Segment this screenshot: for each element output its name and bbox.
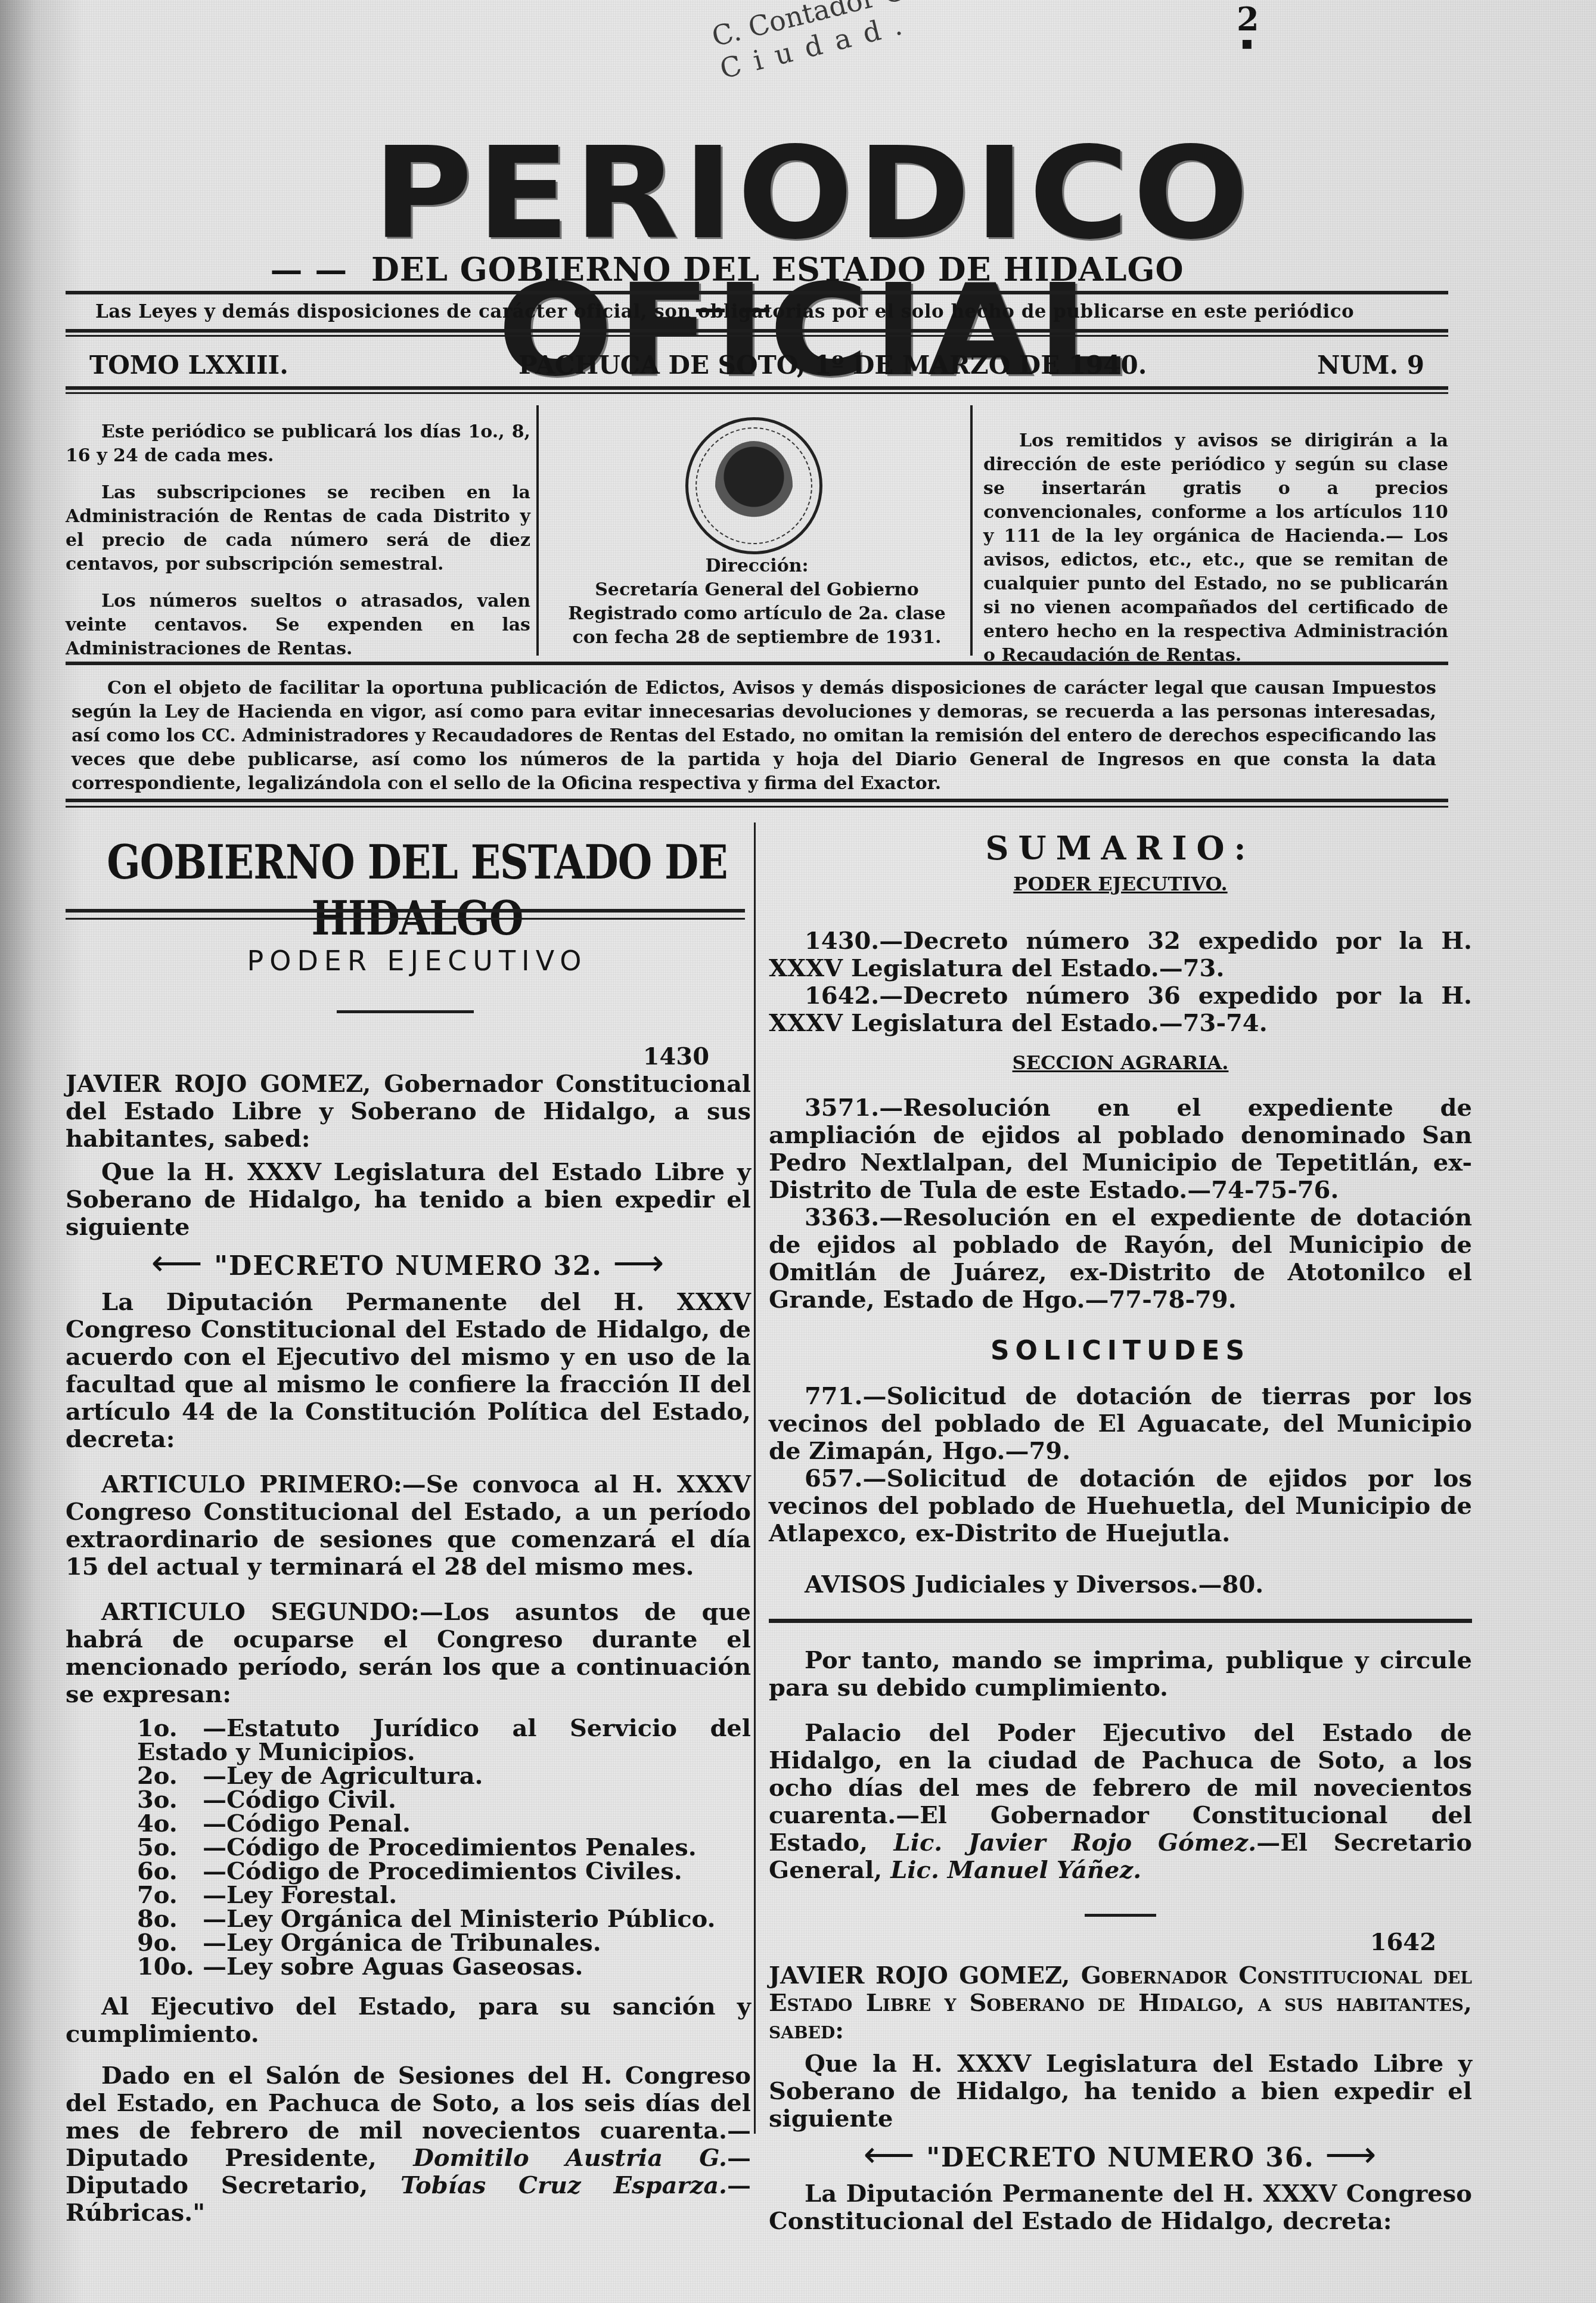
state-seal-icon <box>685 417 822 554</box>
document-number: 1642 <box>769 1929 1472 1956</box>
sumario-seccion-agraria: SECCION AGRARIA. <box>769 1049 1472 1076</box>
right-column-body: SUMARIO: PODER EJECUTIVO. 1430.—Decreto … <box>769 834 1472 2235</box>
section-poder-ejecutivo: PODER EJECUTIVO <box>89 945 745 977</box>
decree-title: "DECRETO NUMERO 32. <box>214 1251 603 1281</box>
right-arrow-ornament: ⟶ <box>1325 2134 1377 2175</box>
signature-governor: Lic. Javier Rojo Gómez. <box>894 1829 1257 1857</box>
left-arrow-ornament: ⟵ <box>864 2134 916 2175</box>
place-date: PACHUCA DE SOTO, 1º DE MARZO DE 1940. <box>518 350 1147 380</box>
governor-intro: JAVIER ROJO GOMEZ, Gobernador Constituci… <box>769 1962 1472 2044</box>
info-box-right: Los remitidos y avisos se dirigirán a la… <box>983 429 1448 668</box>
seal-ring <box>695 427 812 544</box>
issue-info-row: TOMO LXXIII. PACHUCA DE SOTO, 1º DE MARZ… <box>89 350 1430 386</box>
sumario-solicitudes: SOLICITUDES <box>769 1337 1472 1365</box>
column-divider <box>754 822 756 2134</box>
decree-preamble: La Diputación Permanente del H. XXXV Con… <box>66 1289 751 1453</box>
legal-notice: Las Leyes y demás disposiciones de carác… <box>95 301 1430 322</box>
page-number-mark: ▪ <box>1241 33 1253 54</box>
sumario-poder-ejecutivo: PODER EJECUTIVO. <box>769 870 1472 898</box>
left-column-body: 1430 JAVIER ROJO GOMEZ, Gobernador Const… <box>66 1043 751 2227</box>
recipient-stamp: C. Contador Gral. del Estado Ciudad. <box>709 0 1253 119</box>
right-arrow-ornament: ⟶ <box>613 1242 665 1284</box>
short-divider <box>337 1010 474 1013</box>
info-box-center: Dirección: Secretaría General del Gobier… <box>554 554 960 650</box>
direction-heading: Dirección: <box>554 554 960 578</box>
signature-block: Dado en el Salón de Sesiones del H. Cong… <box>66 2062 751 2227</box>
article-second: ARTICULO SEGUNDO:—Los asuntos de que hab… <box>66 1599 751 1708</box>
subtitle-text: DEL GOBIERNO DEL ESTADO DE HIDALGO <box>371 250 1184 288</box>
divider <box>769 1619 1472 1623</box>
direction-line-2: Registrado como artículo de 2a. clase <box>554 602 960 626</box>
gazette-page: C. Contador Gral. del Estado Ciudad. 2 ▪… <box>0 0 1596 2303</box>
decree-preamble: La Diputación Permanente del H. XXXV Con… <box>769 2180 1472 2235</box>
decree-heading: ⟵ "DECRETO NUMERO 32. ⟶ <box>66 1249 751 1280</box>
list-item: 4o.—Código Penal. <box>137 1812 751 1836</box>
left-arrow-ornament: ⟵ <box>151 1242 204 1284</box>
list-item: 1o.—Estatuto Jurídico al Servicio del Es… <box>137 1717 751 1764</box>
por-tanto: Por tanto, mando se imprima, publique y … <box>769 1647 1472 1702</box>
divider <box>66 806 1448 808</box>
divider <box>66 291 1448 294</box>
decree-title: "DECRETO NUMERO 36. <box>926 2143 1315 2173</box>
closing-sanction: Al Ejecutivo del Estado, para su sanción… <box>66 1993 751 2048</box>
decree-heading: ⟵ "DECRETO NUMERO 36. ⟶ <box>769 2141 1472 2172</box>
sumario-title: SUMARIO: <box>769 834 1472 862</box>
info-box-left: Este periódico se publicará los días 1o.… <box>66 420 530 661</box>
list-item: 9o.—Ley Orgánica de Tribunales. <box>137 1931 751 1955</box>
sumario-item: 657.—Solicitud de dotación de ejidos por… <box>769 1465 1472 1547</box>
list-item: 5o.—Código de Procedimientos Penales. <box>137 1836 751 1860</box>
edicts-notice: Con el objeto de facilitar la oportuna p… <box>72 676 1436 796</box>
sumario-item: 1642.—Decreto número 36 expedido por la … <box>769 982 1472 1037</box>
column-divider <box>536 405 539 656</box>
divider <box>66 335 1448 337</box>
legislature-intro: Que la H. XXXV Legislatura del Estado Li… <box>66 1159 751 1241</box>
agenda-list: 1o.—Estatuto Jurídico al Servicio del Es… <box>66 1717 751 1979</box>
list-item: 8o.—Ley Orgánica del Ministerio Público. <box>137 1907 751 1931</box>
publication-days: Este periódico se publicará los días 1o.… <box>66 420 530 468</box>
list-item: 10o.—Ley sobre Aguas Gaseosas. <box>137 1955 751 1979</box>
sumario-item: 3363.—Resolución en el expediente de dot… <box>769 1204 1472 1314</box>
divider <box>66 918 745 920</box>
subscriptions-info: Las subscripciones se reciben en la Admi… <box>66 481 530 576</box>
list-item: 3o.—Código Civil. <box>137 1788 751 1812</box>
divider <box>66 909 745 912</box>
direction-line-1: Secretaría General del Gobierno <box>554 578 960 602</box>
sumario-item: 3571.—Resolución en el expediente de amp… <box>769 1094 1472 1204</box>
list-item: 7o.—Ley Forestal. <box>137 1883 751 1907</box>
list-item: 6o.—Código de Procedimientos Civiles. <box>137 1860 751 1883</box>
governor-intro: JAVIER ROJO GOMEZ, Gobernador Constituci… <box>66 1070 751 1153</box>
signature-secretary-general: Lic. Manuel Yáñez. <box>890 1856 1141 1884</box>
sumario-item: 771.—Solicitud de dotación de tierras po… <box>769 1383 1472 1465</box>
government-title: GOBIERNO DEL ESTADO DE HIDALGO <box>89 834 745 946</box>
sumario-avisos: AVISOS Judiciales y Diversos.—80. <box>769 1571 1472 1599</box>
signature-president: Domitilo Austria G. <box>413 2144 727 2172</box>
list-item: 2o.—Ley de Agricultura. <box>137 1764 751 1788</box>
issue-number: NUM. 9 <box>1317 350 1424 380</box>
divider <box>66 799 1448 802</box>
back-issues-info: Los números sueltos o atrasados, valen v… <box>66 589 530 661</box>
direction-line-3: con fecha 28 de septiembre de 1931. <box>554 626 960 650</box>
column-divider <box>970 405 973 656</box>
dash-left: — — <box>271 250 348 288</box>
palacio-signature: Palacio del Poder Ejecutivo del Estado d… <box>769 1720 1472 1884</box>
divider <box>66 662 1448 665</box>
signature-secretary: Tobías Cruz Esparza. <box>400 2171 727 2199</box>
divider <box>66 386 1448 390</box>
legislature-intro: Que la H. XXXV Legislatura del Estado Li… <box>769 2050 1472 2133</box>
sumario-item: 1430.—Decreto número 32 expedido por la … <box>769 927 1472 982</box>
tomo-label: TOMO LXXIII. <box>89 350 288 380</box>
divider <box>66 329 1448 333</box>
document-number: 1430 <box>66 1043 751 1070</box>
divider <box>66 392 1448 394</box>
article-first: ARTICULO PRIMERO:—Se convoca al H. XXXV … <box>66 1471 751 1581</box>
short-divider <box>1085 1914 1156 1917</box>
